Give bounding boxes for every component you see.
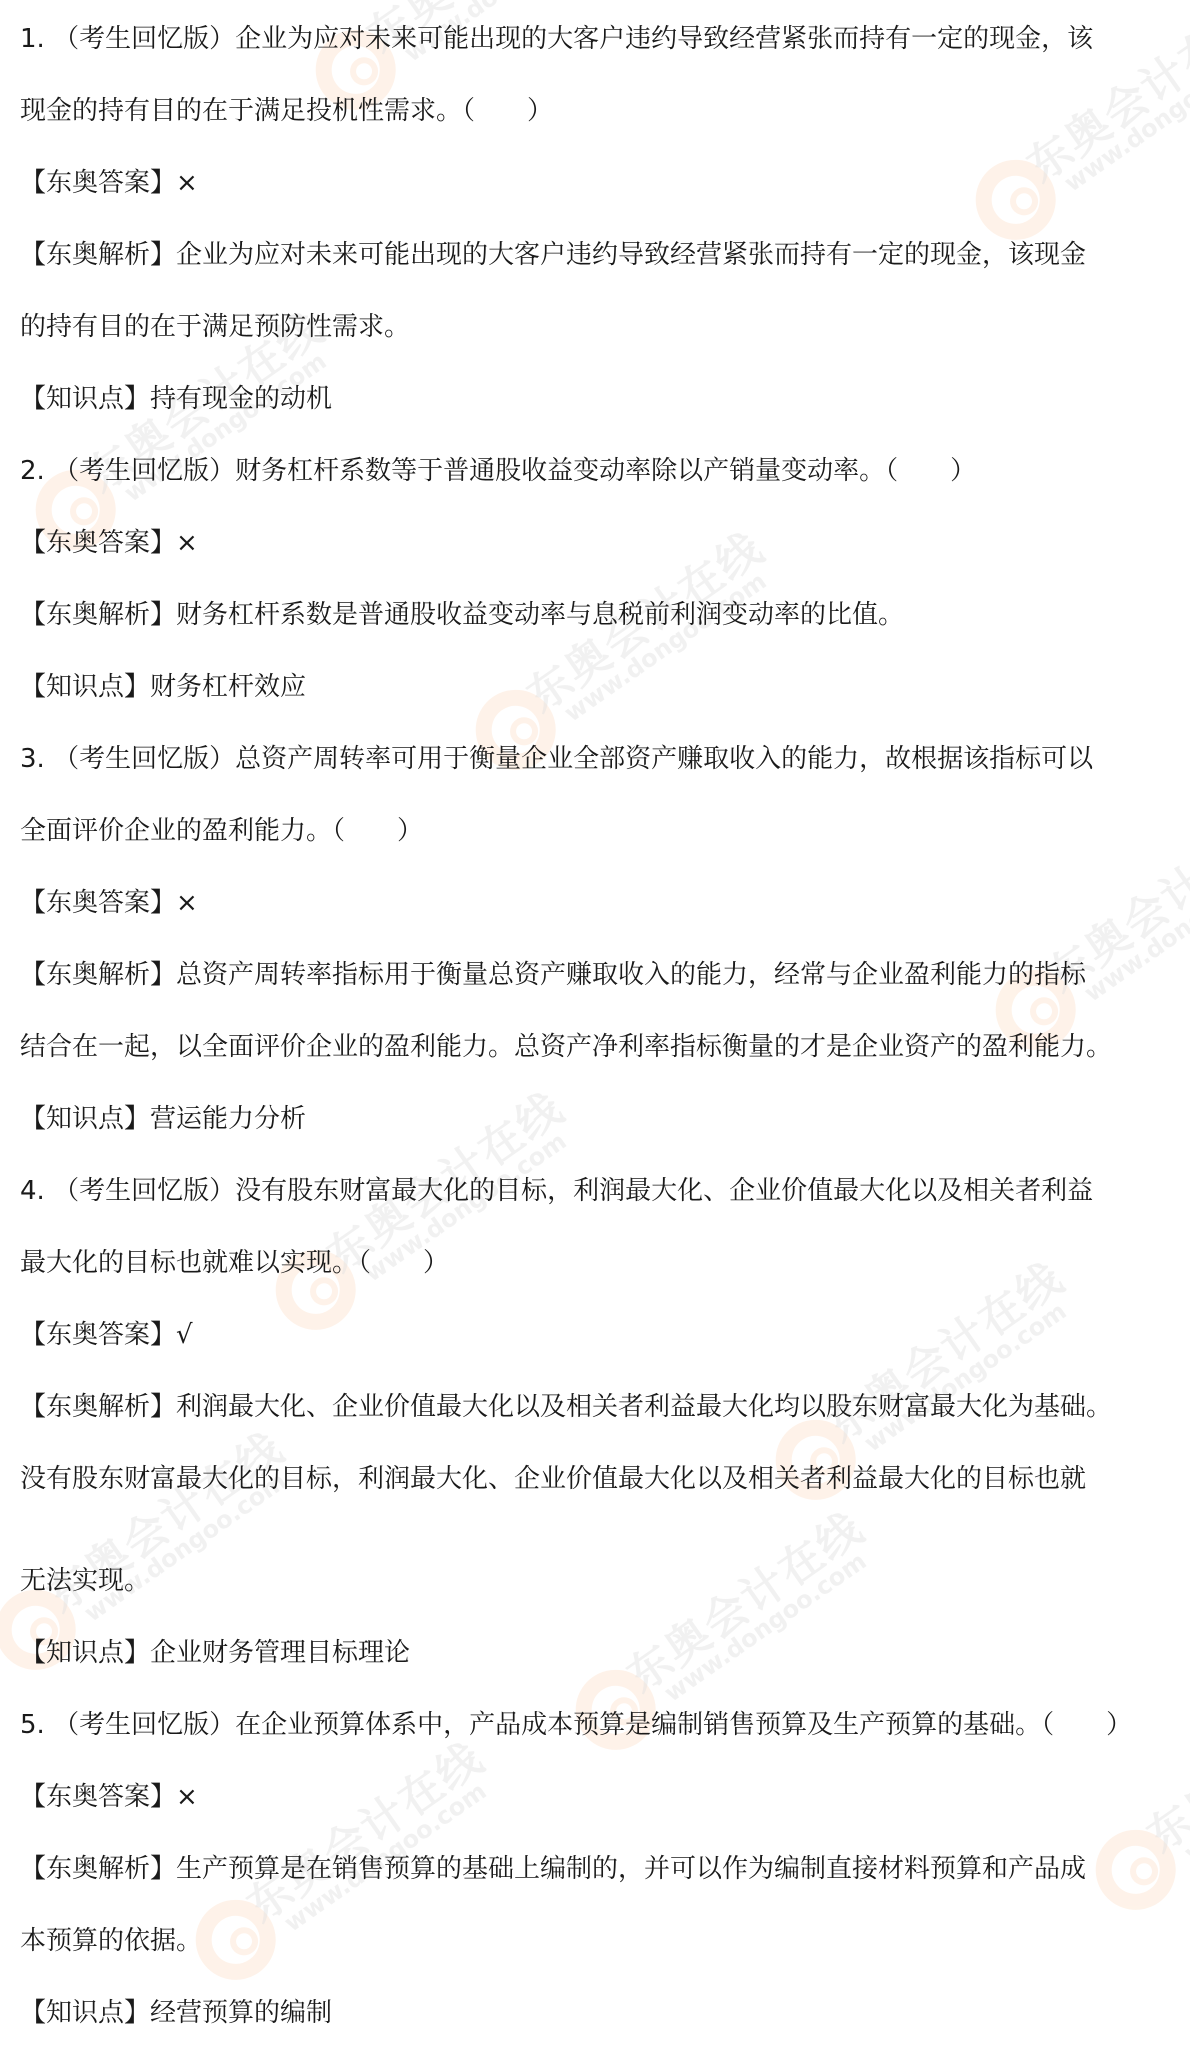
knowledge-point: 【知识点】营运能力分析 (20, 1102, 306, 1136)
watermark-brand: 东奥会计在线 (1132, 1653, 1190, 1864)
answer-line: 【东奥答案】× (20, 1780, 198, 1814)
question-text-line: 5. （考生回忆版）在企业预算体系中，产品成本预算是编制销售预算及生产预算的基础… (20, 1708, 1132, 1742)
question-text-line: 4. （考生回忆版）没有股东财富最大化的目标，利润最大化、企业价值最大化以及相关… (20, 1174, 1093, 1208)
knowledge-point: 【知识点】经营预算的编制 (20, 1996, 332, 2030)
watermark-url: www.dongoo.com (559, 567, 772, 728)
analysis-line: 【东奥解析】生产预算是在销售预算的基础上编制的，并可以作为编制直接材料预算和产品… (20, 1852, 1086, 1886)
answer-line: 【东奥答案】√ (20, 1318, 193, 1352)
watermark-url: www.dongoo.com (659, 1547, 872, 1708)
question-text-line: 全面评价企业的盈利能力。（ ） (20, 814, 423, 848)
answer-line: 【东奥答案】× (20, 166, 198, 200)
watermark-url: www.dongoo.com (1079, 847, 1190, 1008)
analysis-line: 【东奥解析】总资产周转率指标用于衡量总资产赚取收入的能力，经常与企业盈利能力的指… (20, 958, 1086, 992)
answer-line: 【东奥答案】× (20, 526, 198, 560)
analysis-line: 【东奥解析】财务杠杆系数是普通股收益变动率与息税前利润变动率的比值。 (20, 598, 904, 632)
analysis-line: 的持有目的在于满足预防性需求。 (20, 310, 410, 344)
analysis-line: 无法实现。 (20, 1564, 150, 1598)
watermark-url: www.dongoo.com (1179, 1707, 1190, 1868)
watermark-logo-icon (1080, 1814, 1190, 1925)
analysis-line: 【东奥解析】利润最大化、企业价值最大化以及相关者利益最大化均以股东财富最大化为基… (20, 1390, 1112, 1424)
answer-line: 【东奥答案】× (20, 886, 198, 920)
knowledge-point: 【知识点】财务杠杆效应 (20, 670, 306, 704)
watermark-brand: 东奥会计在线 (232, 1723, 495, 1934)
question-text-line: 2. （考生回忆版）财务杠杆系数等于普通股收益变动率除以产销量变动率。（ ） (20, 454, 976, 488)
question-text-line: 1. （考生回忆版）企业为应对未来可能出现的大客户违约导致经营紧张而持有一定的现… (20, 22, 1093, 56)
watermark-url: www.dongoo.com (1059, 37, 1190, 198)
question-text-line: 现金的持有目的在于满足投机性需求。（ ） (20, 94, 553, 128)
knowledge-point: 【知识点】持有现金的动机 (20, 382, 332, 416)
watermark-brand: 东奥会计在线 (612, 1493, 875, 1704)
watermark-url: www.dongoo.com (859, 1297, 1072, 1458)
analysis-line: 结合在一起，以全面评价企业的盈利能力。总资产净利率指标衡量的才是企业资产的盈利能… (20, 1030, 1112, 1064)
analysis-line: 【东奥解析】企业为应对未来可能出现的大客户违约导致经营紧张而持有一定的现金，该现… (20, 238, 1086, 272)
analysis-line: 没有股东财富最大化的目标，利润最大化、企业价值最大化以及相关者利益最大化的目标也… (20, 1462, 1086, 1496)
knowledge-point: 【知识点】企业财务管理目标理论 (20, 1636, 410, 1670)
question-text-line: 最大化的目标也就难以实现。（ ） (20, 1246, 449, 1280)
analysis-line: 本预算的依据。 (20, 1924, 202, 1958)
watermark-layer: 东奥会计在线 www.dongoo.com 东奥会计在线 www.dongoo.… (0, 0, 1190, 2050)
question-text-line: 3. （考生回忆版）总资产周转率可用于衡量企业全部资产赚取收入的能力，故根据该指… (20, 742, 1093, 776)
